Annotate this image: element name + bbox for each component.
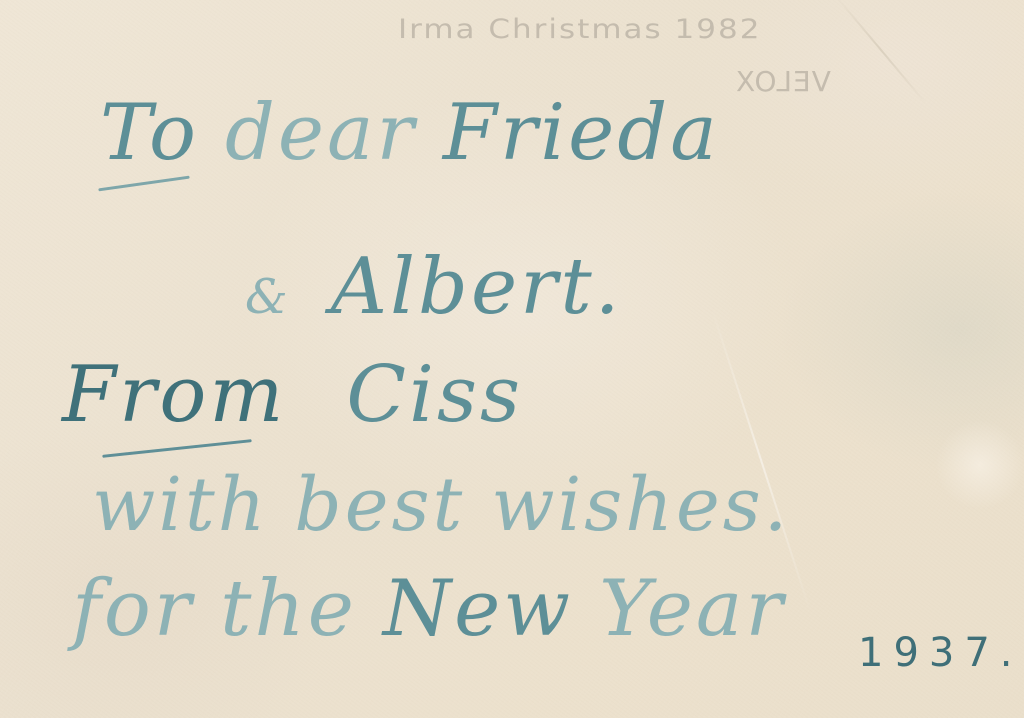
handwritten-line-salutation: TodearFrieda — [100, 88, 746, 178]
handwritten-word: dear — [225, 88, 417, 178]
handwritten-word: wishes. — [491, 462, 790, 548]
faint-pencil-annotation: Irma Christmas 1982 — [398, 14, 761, 45]
handwritten-word: with — [92, 462, 268, 548]
handwritten-word: & — [245, 269, 291, 325]
handwritten-word: Ciss — [346, 350, 523, 440]
handwritten-line-wishes: withbestwishes. — [92, 462, 816, 548]
handwritten-line-sender: FromCiss — [62, 350, 549, 440]
velox-paper-mark: VELOX — [735, 65, 831, 98]
handwritten-word: Albert. — [331, 242, 623, 332]
handwritten-line-recipient: &Albert. — [245, 242, 649, 332]
underline-from — [102, 439, 251, 458]
handwritten-word: Year — [599, 564, 786, 654]
handwritten-word: the — [220, 564, 357, 654]
handwritten-word: best — [294, 462, 465, 548]
photo-back-card: Irma Christmas 1982 VELOX TodearFrieda &… — [0, 0, 1024, 718]
handwritten-word: for — [72, 564, 194, 654]
handwritten-word: New — [383, 564, 573, 654]
handwritten-line-new-year: fortheNewYear — [72, 564, 812, 654]
handwritten-word: Frieda — [443, 88, 720, 178]
paper-crease — [835, 0, 927, 104]
handwritten-year: 1937. — [858, 630, 1023, 676]
handwritten-word: From — [62, 350, 286, 440]
paper-wear-spot — [935, 420, 1024, 510]
handwritten-word: To — [100, 88, 199, 178]
